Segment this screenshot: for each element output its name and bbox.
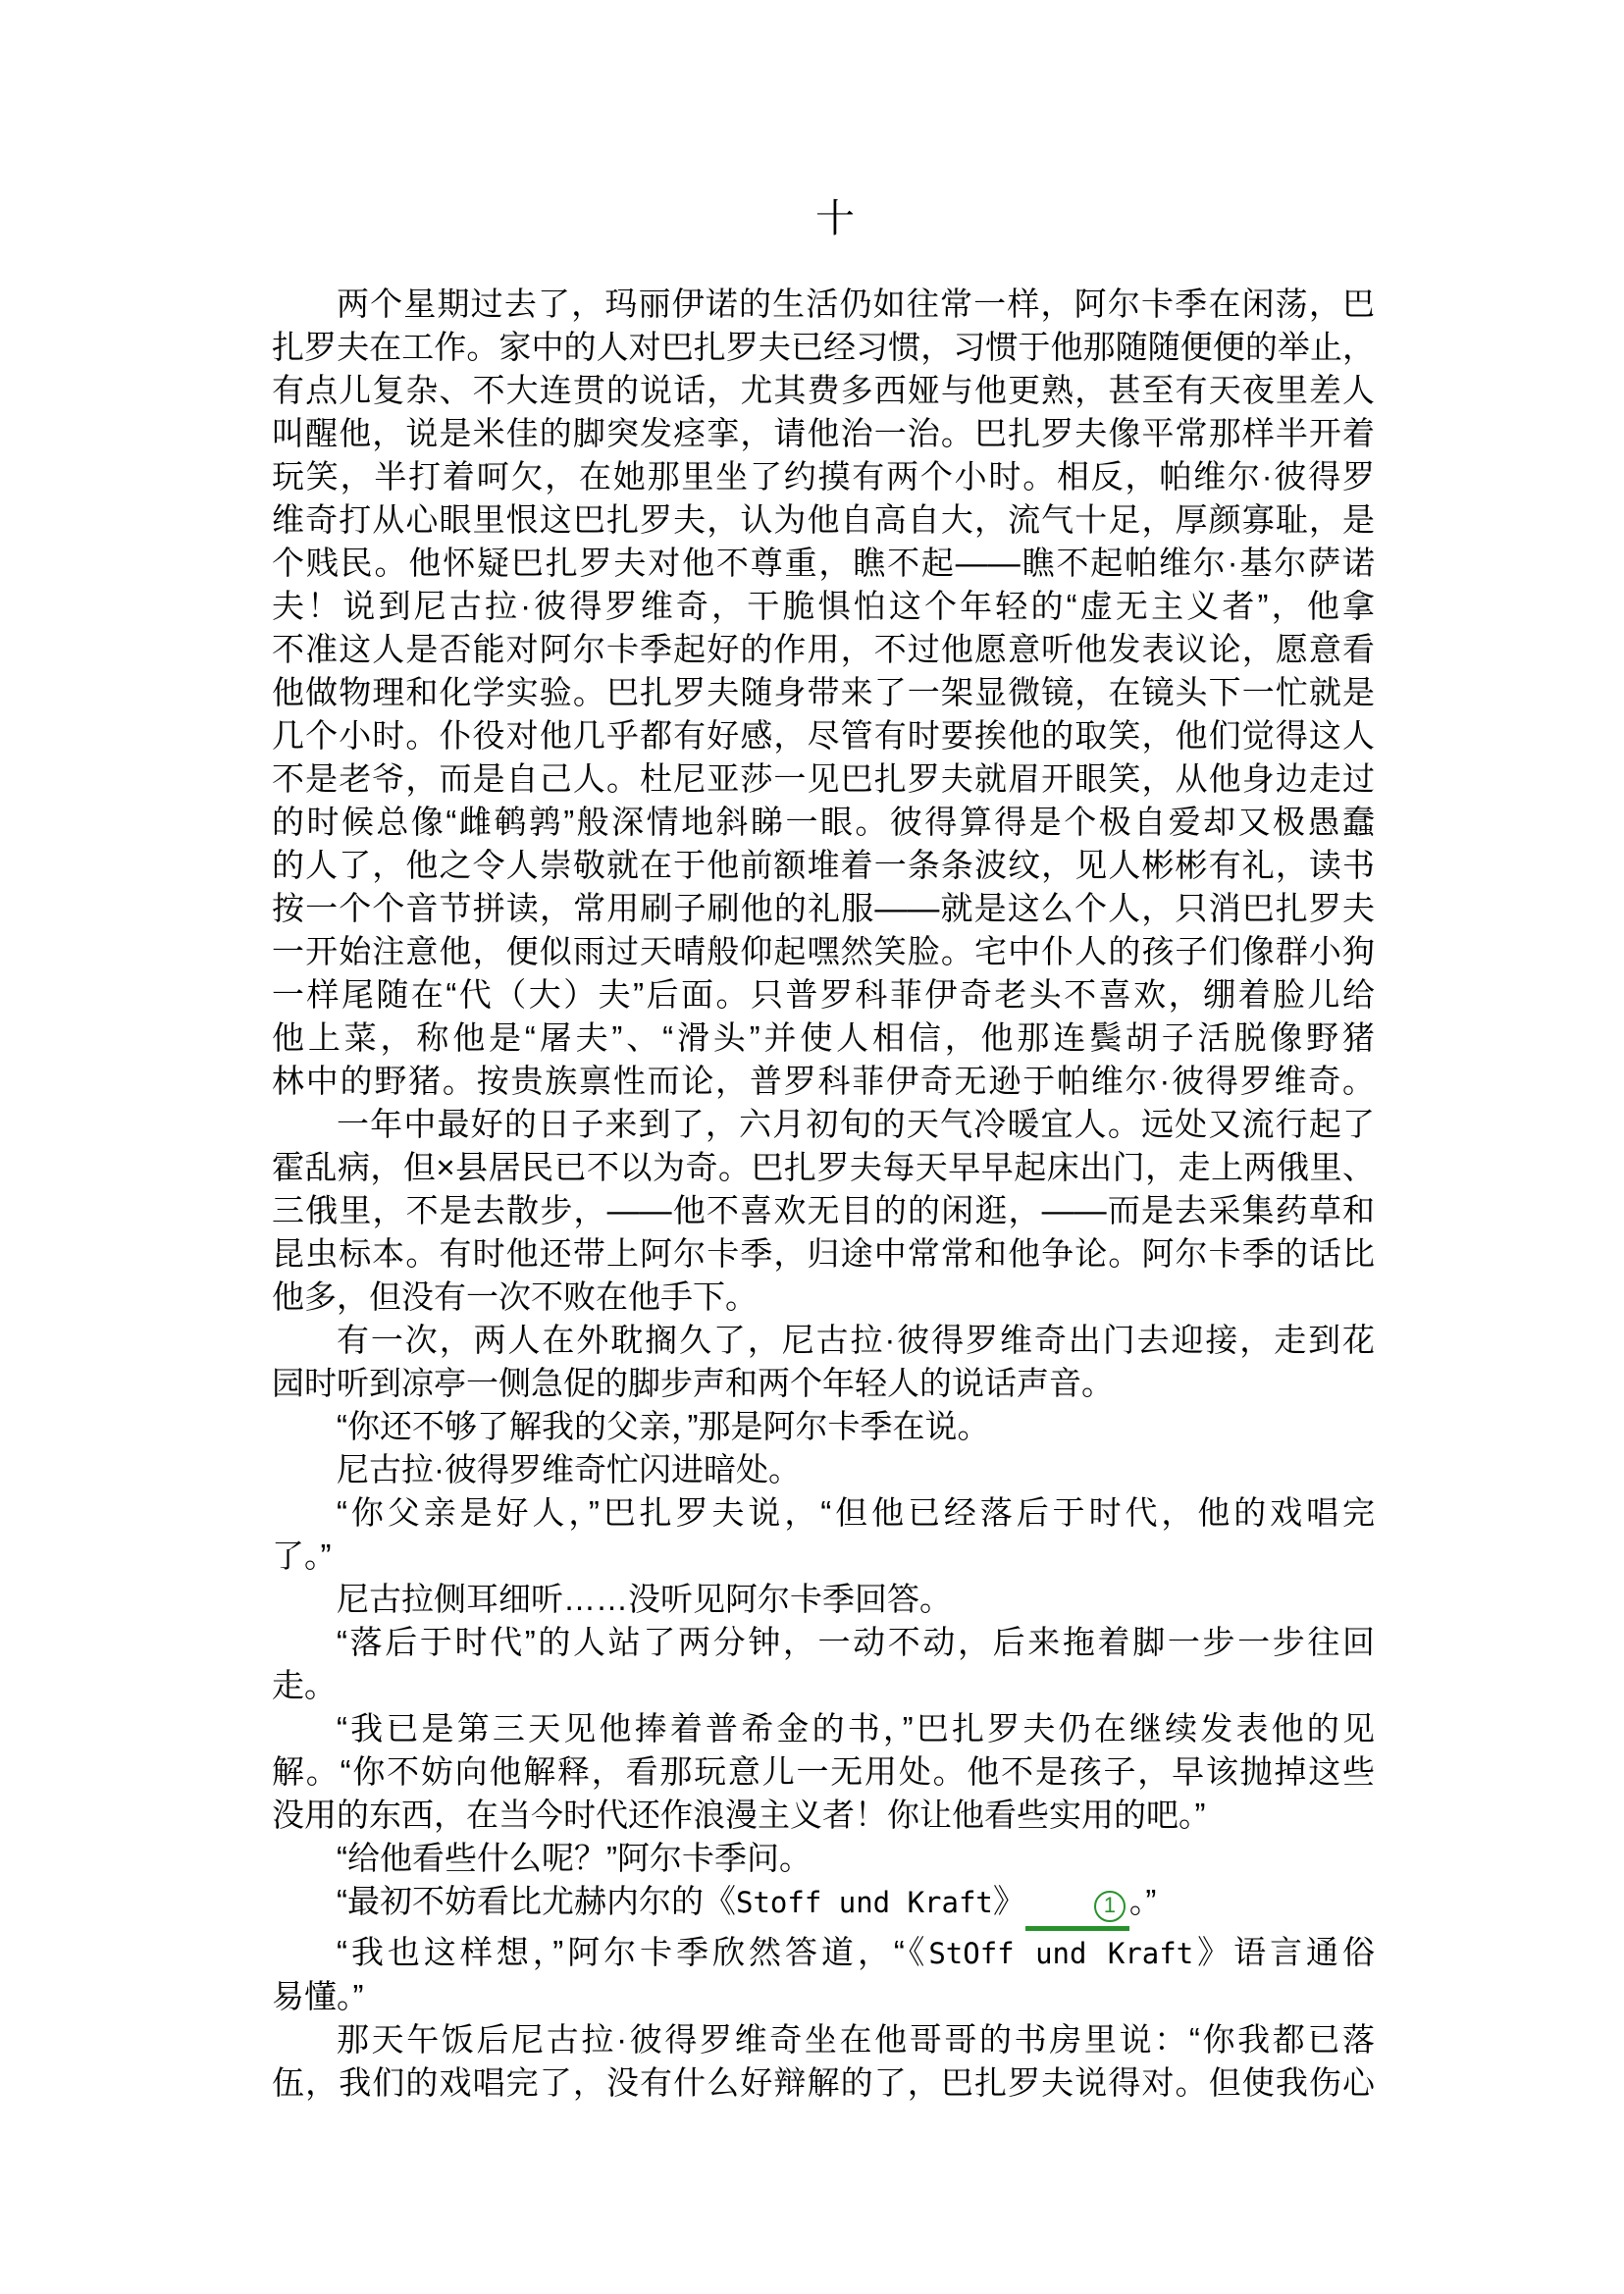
text-line: 他多，但没有一次不败在他手下。 (272, 1276, 1375, 1319)
text-line: 有点儿复杂、不大连贯的说话，尤其费多西娅与他更熟，甚至有天夜里差人 (272, 369, 1375, 412)
text-run: 叫醒他，说是米佳的脚突发痉挛，请他治一治。巴扎罗夫像平常那样半开着 (272, 415, 1375, 451)
text-line: 维奇打从心眼里恨这巴扎罗夫，认为他自高自大，流气十足，厚颜寡耻，是 (272, 498, 1375, 542)
text-line: “我已是第三天见他捧着普希金的书，”巴扎罗夫仍在继续发表他的见 (272, 1707, 1375, 1750)
text-line: 扎罗夫在工作。家中的人对巴扎罗夫已经习惯，习惯于他那随随便便的举止， (272, 326, 1375, 369)
text-line: 两个星期过去了，玛丽伊诺的生活仍如往常一样，阿尔卡季在闲荡，巴 (272, 283, 1375, 326)
paragraph: 一年中最好的日子来到了，六月初旬的天气冷暖宜人。远处又流行起了霍乱病，但×县居民… (272, 1103, 1375, 1319)
text-run: 不准这人是否能对阿尔卡季起好的作用，不过他愿意听他发表议论，愿意看 (272, 631, 1375, 667)
text-line: 霍乱病，但×县居民已不以为奇。巴扎罗夫每天早早起床出门，走上两俄里、 (272, 1146, 1375, 1189)
text-line: “你还不够了解我的父亲，”那是阿尔卡季在说。 (272, 1405, 1375, 1448)
text-run: 个贱民。他怀疑巴扎罗夫对他不尊重，瞧不起——瞧不起帕维尔·基尔萨诺 (272, 545, 1375, 581)
text-line: 三俄里，不是去散步，——他不喜欢无目的的闲逛，——而是去采集药草和 (272, 1189, 1375, 1232)
text-line: “最初不妨看比尤赫内尔的《Stoff und Kraft》1。” (272, 1880, 1375, 1931)
text-line: 按一个个音节拼读，常用刷子刷他的礼服——就是这么个人，只消巴扎罗夫 (272, 887, 1375, 930)
text-line: 一开始注意他，便似雨过天晴般仰起嘿然笑脸。宅中仆人的孩子们像群小狗 (272, 930, 1375, 973)
latin-book-title: StOff und Kraft (928, 1937, 1193, 1970)
text-run: 了。” (272, 1538, 332, 1574)
footnote-number: 1 (1094, 1891, 1126, 1922)
text-run: 伍，我们的戏唱完了，没有什么好辩解的了，巴扎罗夫说得对。但使我伤心 (272, 2064, 1375, 2101)
text-run: 两个星期过去了，玛丽伊诺的生活仍如往常一样，阿尔卡季在闲荡，巴 (337, 286, 1375, 322)
text-run: 一样尾随在“代（大）夫”后面。只普罗科菲伊奇老头不喜欢，绷着脸儿给 (272, 976, 1375, 1013)
text-line: 尼古拉侧耳细听……没听见阿尔卡季回答。 (272, 1578, 1375, 1621)
text-line: “我也这样想，”阿尔卡季欣然答道，“《StOff und Kraft》语言通俗 (272, 1931, 1375, 1975)
document-page: 十 两个星期过去了，玛丽伊诺的生活仍如往常一样，阿尔卡季在闲荡，巴扎罗夫在工作。… (0, 0, 1624, 2294)
text-run: 的人了，他之令人崇敬就在于他前额堆着一条条波纹，见人彬彬有礼，读书 (272, 847, 1375, 883)
text-run: 玩笑，半打着呵欠，在她那里坐了约摸有两个小时。相反，帕维尔·彼得罗 (272, 458, 1375, 495)
text-line: 不是老爷，而是自己人。杜尼亚莎一见巴扎罗夫就眉开眼笑，从他身边走过 (272, 757, 1375, 801)
text-line: “落后于时代”的人站了两分钟，一动不动，后来拖着脚一步一步往回 (272, 1621, 1375, 1664)
text-line: 他上菜，称他是“屠夫”、“滑头”并使人相信，他那连鬓胡子活脱像野猪 (272, 1017, 1375, 1060)
text-line: 一样尾随在“代（大）夫”后面。只普罗科菲伊奇老头不喜欢，绷着脸儿给 (272, 973, 1375, 1017)
text-line: 玩笑，半打着呵欠，在她那里坐了约摸有两个小时。相反，帕维尔·彼得罗 (272, 455, 1375, 498)
text-run: 几个小时。仆役对他几乎都有好感，尽管有时要挨他的取笑，他们觉得这人 (272, 717, 1375, 754)
text-run: 一开始注意他，便似雨过天晴般仰起嘿然笑脸。宅中仆人的孩子们像群小狗 (272, 933, 1375, 969)
text-line: 几个小时。仆役对他几乎都有好感，尽管有时要挨他的取笑，他们觉得这人 (272, 714, 1375, 757)
text-run: 那天午饭后尼古拉·彼得罗维奇坐在他哥哥的书房里说：“你我都已落 (337, 2021, 1375, 2058)
text-line: 他做物理和化学实验。巴扎罗夫随身带来了一架显微镜，在镜头下一忙就是 (272, 671, 1375, 714)
text-line: “给他看些什么呢？”阿尔卡季问。 (272, 1837, 1375, 1880)
text-run: 园时听到凉亭一侧急促的脚步声和两个年轻人的说话声音。 (272, 1365, 1114, 1401)
text-line: 伍，我们的戏唱完了，没有什么好辩解的了，巴扎罗夫说得对。但使我伤心 (272, 2061, 1375, 2105)
paragraph: “给他看些什么呢？”阿尔卡季问。 (272, 1837, 1375, 1880)
text-run: 他做物理和化学实验。巴扎罗夫随身带来了一架显微镜，在镜头下一忙就是 (272, 674, 1375, 710)
text-run: 他多，但没有一次不败在他手下。 (272, 1278, 758, 1315)
paragraph: “你父亲是好人，”巴扎罗夫说，“但他已经落后于时代，他的戏唱完了。” (272, 1491, 1375, 1578)
paragraph: “落后于时代”的人站了两分钟，一动不动，后来拖着脚一步一步往回走。 (272, 1621, 1375, 1707)
text-line: 了。” (272, 1535, 1375, 1578)
text-run: “我已是第三天见他捧着普希金的书，”巴扎罗夫仍在继续发表他的见 (337, 1710, 1375, 1747)
chapter-heading: 十 (272, 199, 1398, 238)
text-line: 尼古拉·彼得罗维奇忙闪进暗处。 (272, 1448, 1375, 1491)
text-line: 夫！说到尼古拉·彼得罗维奇，干脆惧怕这个年轻的“虚无主义者”，他拿 (272, 585, 1375, 628)
text-run: 走。 (272, 1667, 337, 1703)
text-run: 》语言通俗 (1193, 1934, 1375, 1970)
text-line: 个贱民。他怀疑巴扎罗夫对他不尊重，瞧不起——瞧不起帕维尔·基尔萨诺 (272, 542, 1375, 585)
text-run: 三俄里，不是去散步，——他不喜欢无目的的闲逛，——而是去采集药草和 (272, 1192, 1375, 1228)
paragraph: “你还不够了解我的父亲，”那是阿尔卡季在说。 (272, 1405, 1375, 1448)
paragraph: 那天午饭后尼古拉·彼得罗维奇坐在他哥哥的书房里说：“你我都已落伍，我们的戏唱完了… (272, 2018, 1375, 2105)
text-run: 不是老爷，而是自己人。杜尼亚莎一见巴扎罗夫就眉开眼笑，从他身边走过 (272, 760, 1375, 797)
text-run: 解。“你不妨向他解释，看那玩意儿一无用处。他不是孩子，早该抛掉这些 (272, 1753, 1375, 1790)
paragraph: 尼古拉·彼得罗维奇忙闪进暗处。 (272, 1448, 1375, 1491)
text-line: 的人了，他之令人崇敬就在于他前额堆着一条条波纹，见人彬彬有礼，读书 (272, 844, 1375, 887)
text-run: “你父亲是好人，”巴扎罗夫说，“但他已经落后于时代，他的戏唱完 (337, 1494, 1375, 1531)
document-body: 两个星期过去了，玛丽伊诺的生活仍如往常一样，阿尔卡季在闲荡，巴扎罗夫在工作。家中… (272, 283, 1375, 2105)
text-run: 扎罗夫在工作。家中的人对巴扎罗夫已经习惯，习惯于他那随随便便的举止， (272, 329, 1375, 365)
text-run: 昆虫标本。有时他还带上阿尔卡季，归途中常常和他争论。阿尔卡季的话比 (272, 1235, 1375, 1272)
text-line: 那天午饭后尼古拉·彼得罗维奇坐在他哥哥的书房里说：“你我都已落 (272, 2018, 1375, 2061)
text-run: “最初不妨看比尤赫内尔的《 (337, 1883, 736, 1919)
text-line: 园时听到凉亭一侧急促的脚步声和两个年轻人的说话声音。 (272, 1362, 1375, 1405)
text-run: 有一次，两人在外耽搁久了，尼古拉·彼得罗维奇出门去迎接，走到花 (337, 1322, 1375, 1358)
text-run: 他上菜，称他是“屠夫”、“滑头”并使人相信，他那连鬓胡子活脱像野猪 (272, 1019, 1375, 1056)
text-run: “你还不够了解我的父亲，”那是阿尔卡季在说。 (337, 1408, 989, 1444)
text-line: 林中的野猪。按贵族禀性而论，普罗科菲伊奇无逊于帕维尔·彼得罗维奇。 (272, 1060, 1375, 1103)
text-run: 夫！说到尼古拉·彼得罗维奇，干脆惧怕这个年轻的“虚无主义者”，他拿 (272, 588, 1375, 624)
text-run: 的时候总像“雌鹌鹑”般深情地斜睇一眼。彼得算得是个极自爱却又极愚蠢 (272, 804, 1375, 840)
text-line: “你父亲是好人，”巴扎罗夫说，“但他已经落后于时代，他的戏唱完 (272, 1491, 1375, 1535)
paragraph: “我也这样想，”阿尔卡季欣然答道，“《StOff und Kraft》语言通俗易… (272, 1931, 1375, 2018)
text-line: 没用的东西，在当今时代还作浪漫主义者！你让他看些实用的吧。” (272, 1794, 1375, 1837)
text-line: 昆虫标本。有时他还带上阿尔卡季，归途中常常和他争论。阿尔卡季的话比 (272, 1232, 1375, 1276)
text-run: 一年中最好的日子来到了，六月初旬的天气冷暖宜人。远处又流行起了 (337, 1106, 1375, 1142)
latin-book-title: Stoff und Kraft (736, 1886, 993, 1919)
text-line: 的时候总像“雌鹌鹑”般深情地斜睇一眼。彼得算得是个极自爱却又极愚蠢 (272, 801, 1375, 844)
text-run: 》 (993, 1883, 1025, 1919)
text-line: 叫醒他，说是米佳的脚突发痉挛，请他治一治。巴扎罗夫像平常那样半开着 (272, 412, 1375, 455)
text-line: 解。“你不妨向他解释，看那玩意儿一无用处。他不是孩子，早该抛掉这些 (272, 1750, 1375, 1794)
text-run: “我也这样想，”阿尔卡季欣然答道，“《 (337, 1934, 928, 1970)
text-run: 有点儿复杂、不大连贯的说话，尤其费多西娅与他更熟，甚至有天夜里差人 (272, 372, 1375, 408)
paragraph: “最初不妨看比尤赫内尔的《Stoff und Kraft》1。” (272, 1880, 1375, 1931)
paragraph: 有一次，两人在外耽搁久了，尼古拉·彼得罗维奇出门去迎接，走到花园时听到凉亭一侧急… (272, 1319, 1375, 1405)
text-run: 霍乱病，但×县居民已不以为奇。巴扎罗夫每天早早起床出门，走上两俄里、 (272, 1149, 1375, 1185)
text-line: 一年中最好的日子来到了，六月初旬的天气冷暖宜人。远处又流行起了 (272, 1103, 1375, 1146)
paragraph: 尼古拉侧耳细听……没听见阿尔卡季回答。 (272, 1578, 1375, 1621)
text-run: 尼古拉侧耳细听……没听见阿尔卡季回答。 (337, 1581, 952, 1617)
text-run: 林中的野猪。按贵族禀性而论，普罗科菲伊奇无逊于帕维尔·彼得罗维奇。 (272, 1063, 1375, 1099)
footnote-ref-link[interactable]: 1 (1025, 1887, 1129, 1931)
paragraph: “我已是第三天见他捧着普希金的书，”巴扎罗夫仍在继续发表他的见解。“你不妨向他解… (272, 1707, 1375, 1837)
text-run: 易懂。” (272, 1978, 364, 2014)
text-line: 走。 (272, 1664, 1375, 1707)
paragraph: 两个星期过去了，玛丽伊诺的生活仍如往常一样，阿尔卡季在闲荡，巴扎罗夫在工作。家中… (272, 283, 1375, 1103)
text-run: “落后于时代”的人站了两分钟，一动不动，后来拖着脚一步一步往回 (337, 1624, 1375, 1660)
text-run: 按一个个音节拼读，常用刷子刷他的礼服——就是这么个人，只消巴扎罗夫 (272, 890, 1375, 926)
text-run: 没用的东西，在当今时代还作浪漫主义者！你让他看些实用的吧。” (272, 1797, 1206, 1833)
text-run: “给他看些什么呢？”阿尔卡季问。 (337, 1840, 812, 1876)
text-line: 易懂。” (272, 1975, 1375, 2018)
text-line: 不准这人是否能对阿尔卡季起好的作用，不过他愿意听他发表议论，愿意看 (272, 628, 1375, 671)
text-line: 有一次，两人在外耽搁久了，尼古拉·彼得罗维奇出门去迎接，走到花 (272, 1319, 1375, 1362)
text-run: 。” (1129, 1883, 1157, 1919)
text-run: 维奇打从心眼里恨这巴扎罗夫，认为他自高自大，流气十足，厚颜寡耻，是 (272, 501, 1375, 538)
text-run: 尼古拉·彼得罗维奇忙闪进暗处。 (337, 1451, 801, 1487)
